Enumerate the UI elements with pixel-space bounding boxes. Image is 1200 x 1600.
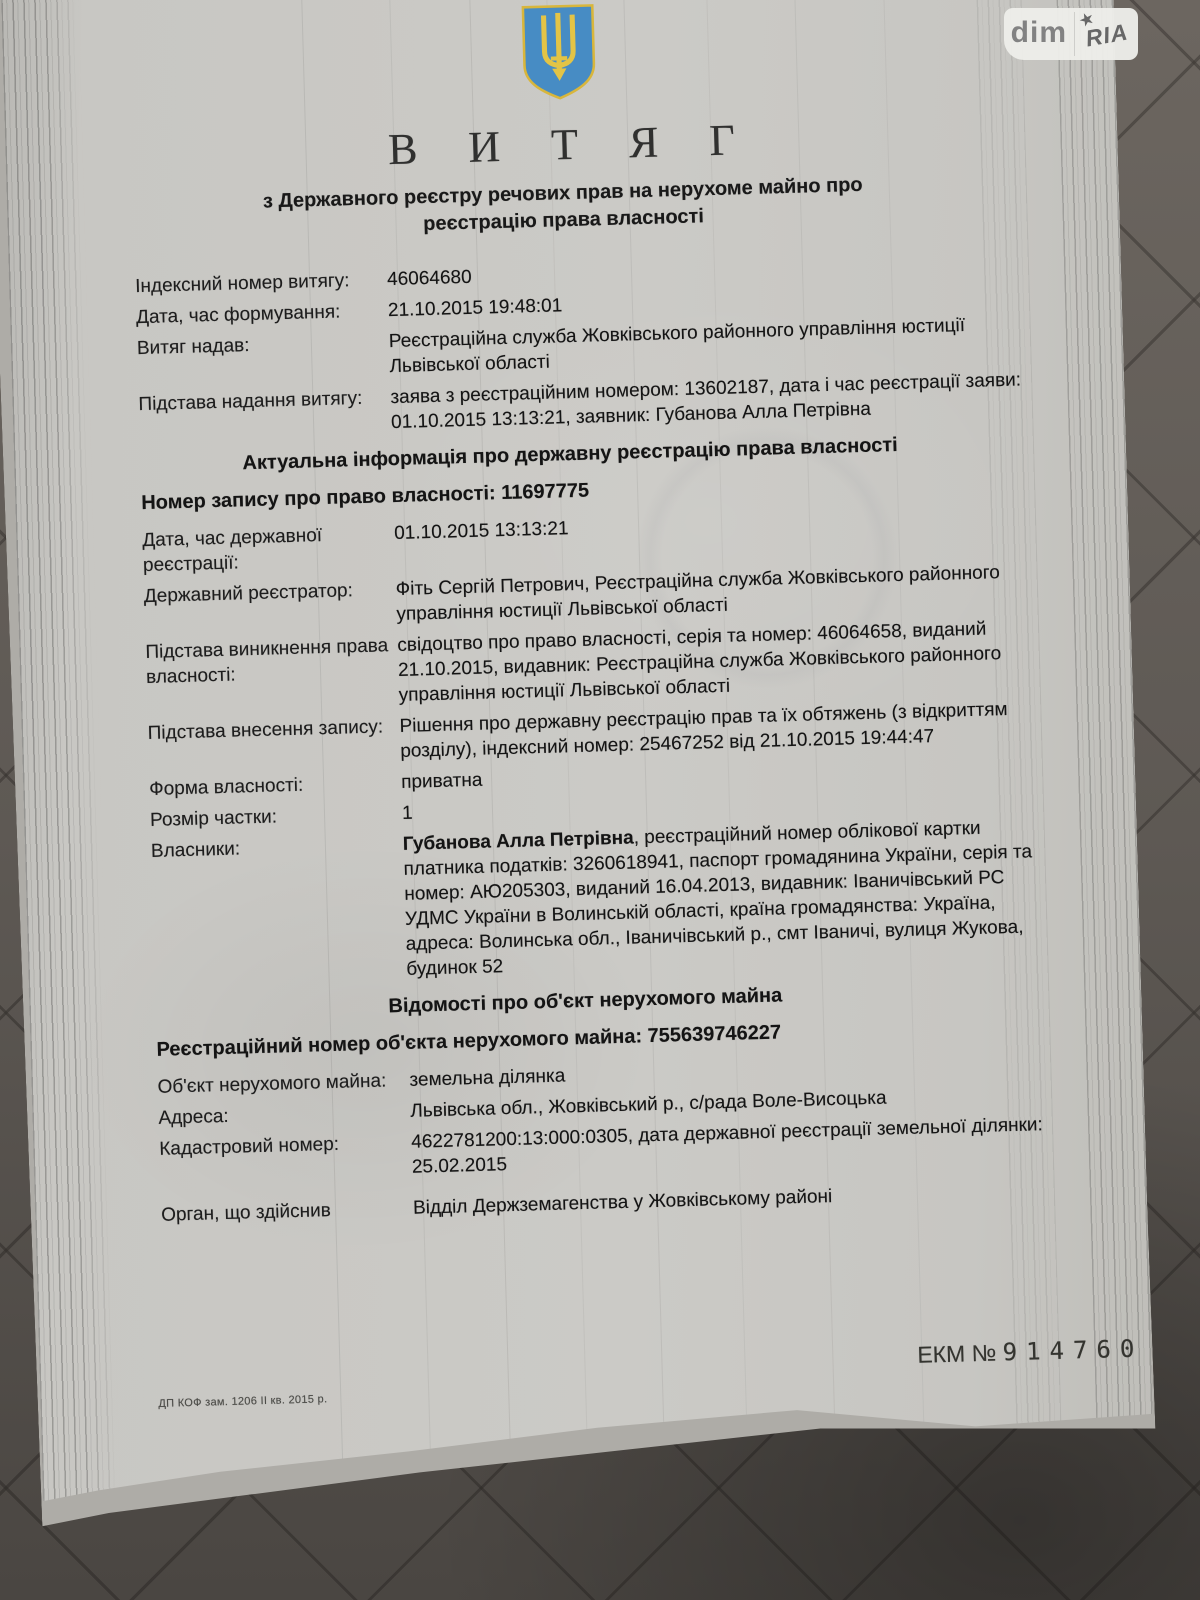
field-label: Адреса: xyxy=(158,1099,411,1131)
field-label: Орган, що здійснив xyxy=(161,1196,414,1228)
ria-logo-text: ★RIA xyxy=(1071,3,1142,65)
dimria-watermark: dim ★RIA xyxy=(1004,8,1138,60)
field-label: Дата, час формування: xyxy=(136,298,389,330)
field-label: Власники: xyxy=(151,832,407,989)
field-row-owners: Власники: Губанова Алла Петрівна, реєстр… xyxy=(25,811,1141,992)
field-label: Підстава внесення запису: xyxy=(147,714,400,771)
owner-name: Губанова Алла Петрівна xyxy=(403,827,634,854)
field-value: свідоцтво про право власності, серія та … xyxy=(397,615,1055,708)
field-label: Форма власності: xyxy=(149,770,402,802)
field-label: Дата, час державної реєстрації: xyxy=(142,521,395,578)
field-label: Розмір частки: xyxy=(150,801,403,833)
field-label: Витяг надав: xyxy=(137,329,390,386)
ukraine-trident-emblem xyxy=(2,0,1116,119)
ekm-digits: 914760 xyxy=(1002,1334,1143,1366)
field-value: Губанова Алла Петрівна, реєстраційний но… xyxy=(403,814,1063,982)
field-label: Індексний номер витягу: xyxy=(135,267,388,299)
field-label: Підстава виникнення права власності: xyxy=(145,633,399,715)
field-label: Державний реєстратор: xyxy=(144,577,397,634)
field-label: Об'єкт нерухомого майна: xyxy=(157,1068,410,1100)
field-label: Підстава надання витягу: xyxy=(138,385,391,442)
ekm-label: ЕКМ № xyxy=(917,1340,997,1368)
document-sheet: В И Т Я Г з Державного реєстру речових п… xyxy=(1,0,1155,1513)
field-label: Кадастровий номер: xyxy=(159,1130,412,1187)
dim-logo-text: dim xyxy=(1004,8,1074,60)
print-house-note: ДП КОФ зам. 1206 II кв. 2015 р. xyxy=(158,1393,327,1410)
field-value: заява з реєстраційним номером: 13602187,… xyxy=(390,367,1047,435)
field-value: 4622781200:13:000:0305, дата державної р… xyxy=(411,1112,1068,1180)
